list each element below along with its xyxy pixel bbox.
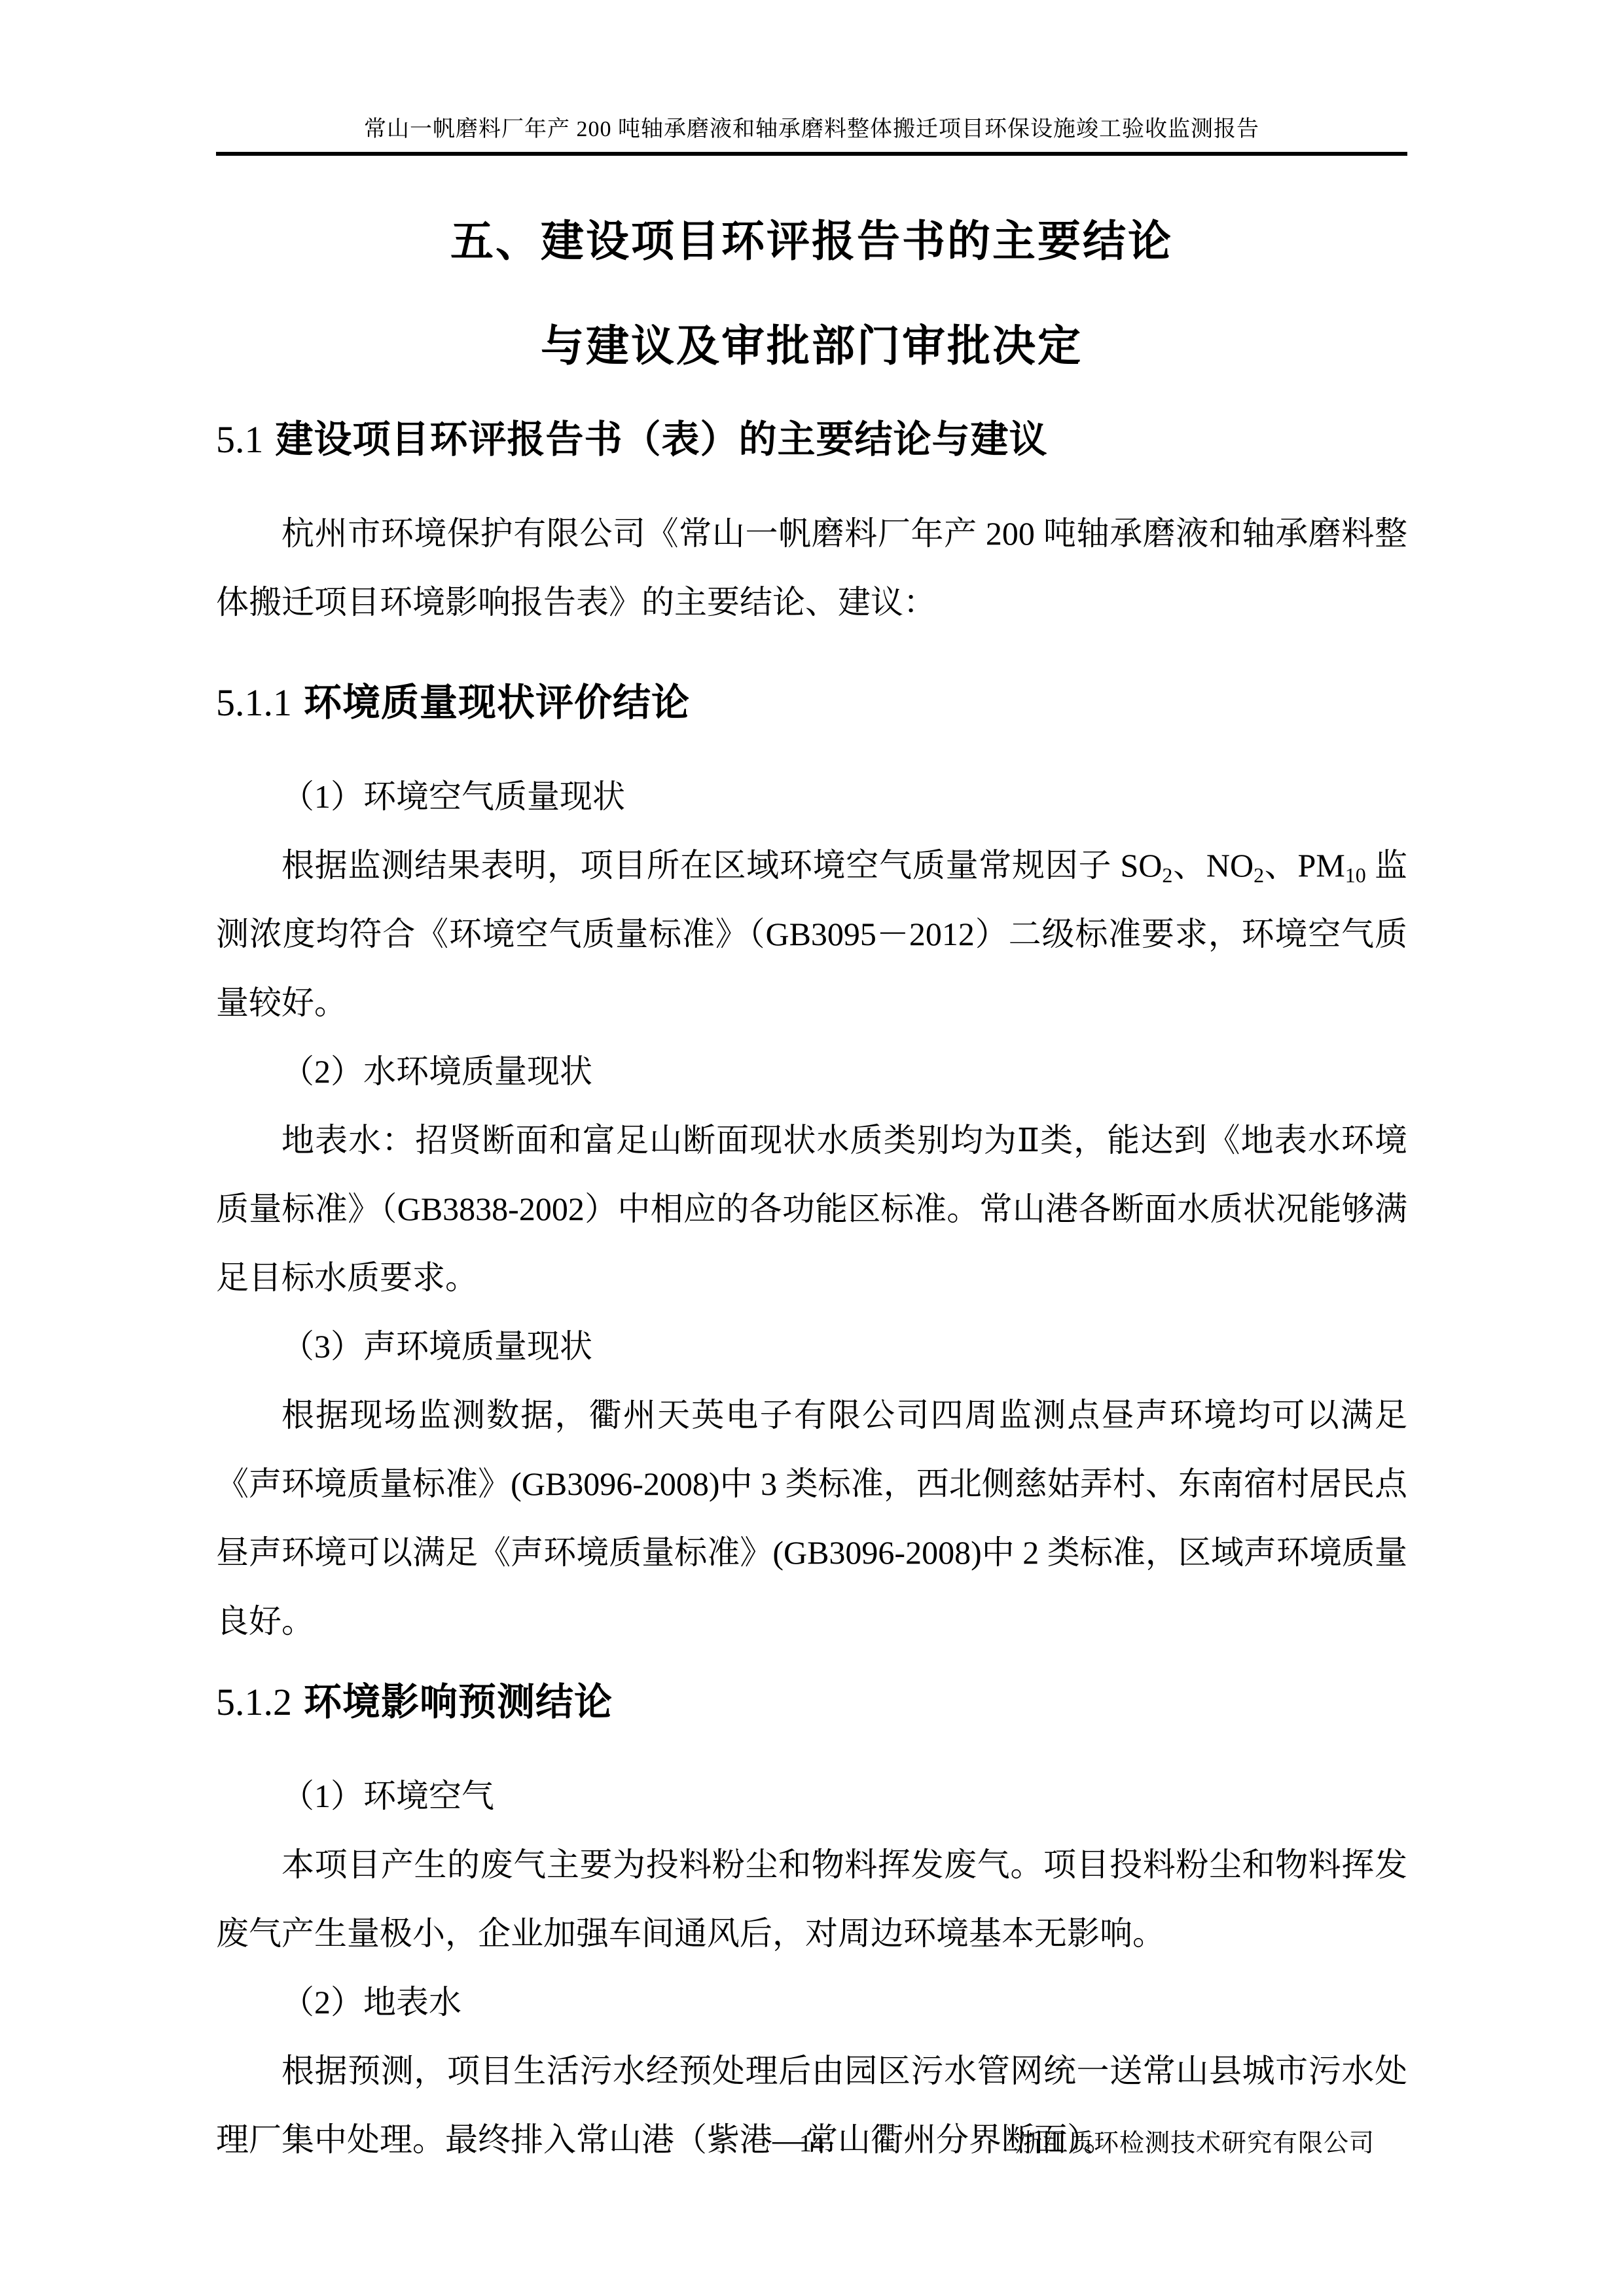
section-number-5-1-1: 5.1.1: [216, 681, 292, 724]
predict-air-paragraph: 本项目产生的废气主要为投料粉尘和物料挥发废气。项目投料粉尘和物料挥发废气产生量极…: [216, 1831, 1407, 1968]
noise-quality-paragraph: 根据现场监测数据，衢州天英电子有限公司四周监测点昼声环境均可以满足《声环境质量标…: [216, 1381, 1407, 1656]
item-title-predict-water: （2）地表水: [216, 1968, 1407, 2037]
report-page: 常山一帆磨料厂年产 200 吨轴承磨液和轴承磨料整体搬迁项目环保设施竣工验收监测…: [0, 0, 1624, 2296]
item-title-predict-air: （1）环境空气: [216, 1762, 1407, 1831]
page-footer: 14 浙江质环检测技术研究有限公司: [216, 2128, 1407, 2161]
text-segment: 、NO: [1172, 847, 1254, 884]
item-title-air-quality: （1）环境空气质量现状: [216, 762, 1407, 831]
document-title: 五、建设项目环评报告书的主要结论 与建议及审批部门审批决定: [216, 188, 1407, 398]
section-heading-5-1: 5.1建设项目环评报告书（表）的主要结论与建议: [216, 416, 1407, 463]
air-quality-paragraph: 根据监测结果表明，项目所在区域环境空气质量常规因子 SO2、NO2、PM10 监…: [216, 831, 1407, 1037]
subscript-so2: 2: [1162, 863, 1172, 887]
footer-company-name: 浙江质环检测技术研究有限公司: [1017, 2128, 1375, 2159]
document-title-line-1: 五、建设项目环评报告书的主要结论: [216, 188, 1407, 293]
water-quality-paragraph: 地表水：招贤断面和富足山断面现状水质类别均为Ⅱ类，能达到《地表水环境质量标准》（…: [216, 1106, 1407, 1312]
item-title-noise-quality: （3）声环境质量现状: [216, 1312, 1407, 1381]
section-heading-5-1-2: 5.1.2环境影响预测结论: [216, 1679, 1407, 1726]
subscript-pm10: 10: [1345, 863, 1366, 887]
section-heading-5-1-1: 5.1.1环境质量现状评价结论: [216, 679, 1407, 726]
section-title-5-1: 建设项目环评报告书（表）的主要结论与建议: [276, 418, 1048, 461]
page-header-title: 常山一帆磨料厂年产 200 吨轴承磨液和轴承磨料整体搬迁项目环保设施竣工验收监测…: [364, 117, 1259, 141]
section-title-5-1-2: 环境影响预测结论: [304, 1681, 613, 1723]
section-title-5-1-1: 环境质量现状评价结论: [304, 681, 690, 724]
intro-paragraph: 杭州市环境保护有限公司《常山一帆磨料厂年产 200 吨轴承磨液和轴承磨料整体搬迁…: [216, 499, 1407, 637]
subscript-no2: 2: [1254, 863, 1264, 887]
text-segment: 根据监测结果表明，项目所在区域环境空气质量常规因子 SO: [281, 847, 1162, 884]
document-title-line-2: 与建议及审批部门审批决定: [216, 293, 1407, 398]
page-header: 常山一帆磨料厂年产 200 吨轴承磨液和轴承磨料整体搬迁项目环保设施竣工验收监测…: [216, 0, 1407, 156]
text-segment: 、PM: [1264, 847, 1345, 884]
item-title-water-quality: （2）水环境质量现状: [216, 1037, 1407, 1106]
section-number-5-1-2: 5.1.2: [216, 1681, 292, 1723]
section-number-5-1: 5.1: [216, 418, 264, 461]
